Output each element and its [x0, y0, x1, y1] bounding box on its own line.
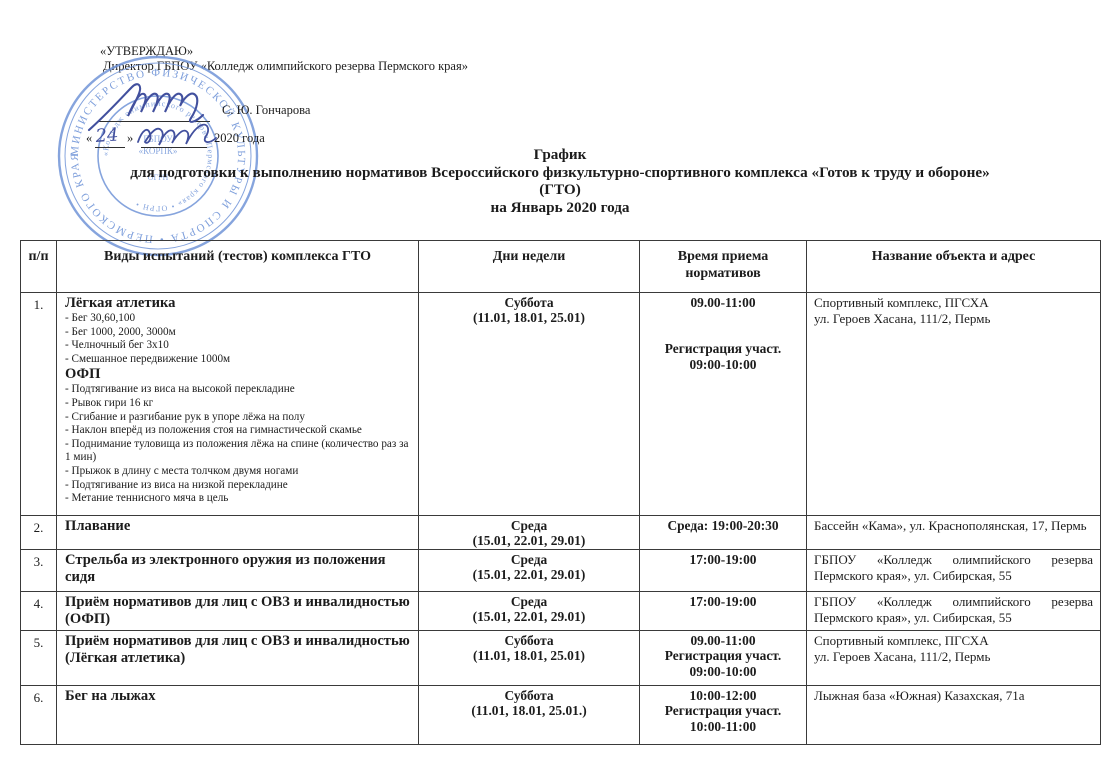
test-heading: ОФП: [65, 366, 412, 383]
title-line-3: (ГТО): [30, 181, 1090, 199]
day-dates: (11.01, 18.01, 25.01.): [419, 703, 639, 718]
days-cell: Среда (15.01, 22.01, 29.01): [419, 516, 640, 550]
test-heading: Стрельба из электронного оружия из полож…: [65, 552, 412, 586]
time-main: 10:00-12:00: [640, 688, 806, 703]
test-item: - Метание теннисного мяча в цель: [65, 492, 412, 506]
row-number: 6.: [21, 685, 57, 744]
venue-cell: Спортивный комплекс, ПГСХА ул. Героев Ха…: [807, 293, 1101, 516]
row-number: 4.: [21, 591, 57, 630]
table-row: 5. Приём нормативов для лиц с ОВЗ и инва…: [21, 630, 1101, 685]
day-dates: (15.01, 22.01, 29.01): [419, 567, 639, 582]
tests-cell: Стрельба из электронного оружия из полож…: [57, 549, 419, 591]
test-item: - Наклон вперёд из положения стоя на гим…: [65, 424, 412, 438]
days-cell: Среда (15.01, 22.01, 29.01): [419, 591, 640, 630]
registration-label: Регистрация участ.: [640, 648, 806, 663]
table-header-row: п/п Виды испытаний (тестов) комплекса ГТ…: [21, 241, 1101, 293]
venue-cell: Лыжная база «Южная) Казахская, 71а: [807, 685, 1101, 744]
time-main: 17:00-19:00: [640, 594, 806, 609]
venue-line: ул. Героев Хасана, 111/2, Пермь: [814, 311, 1093, 327]
day-dates: (15.01, 22.01, 29.01): [419, 533, 639, 548]
venue-cell: Бассейн «Кама», ул. Краснополянская, 17,…: [807, 516, 1101, 550]
test-heading: Плавание: [65, 518, 412, 535]
table-row: 6. Бег на лыжах Суббота (11.01, 18.01, 2…: [21, 685, 1101, 744]
days-cell: Суббота (11.01, 18.01, 25.01): [419, 630, 640, 685]
time-cell: 17:00-19:00: [640, 549, 807, 591]
time-cell: Среда: 19:00-20:30: [640, 516, 807, 550]
days-cell: Среда (15.01, 22.01, 29.01): [419, 549, 640, 591]
time-cell: 09.00-11:00 Регистрация участ. 09:00-10:…: [640, 630, 807, 685]
venue-line: ГБПОУ «Колледж олимпийского резерва Перм…: [814, 594, 1093, 626]
tests-cell: Приём нормативов для лиц с ОВЗ и инвалид…: [57, 591, 419, 630]
table-row: 1. Лёгкая атлетика - Бег 30,60,100 - Бег…: [21, 293, 1101, 516]
row-number: 1.: [21, 293, 57, 516]
day-dates: (11.01, 18.01, 25.01): [419, 310, 639, 325]
venue-line: Бассейн «Кама», ул. Краснополянская, 17,…: [814, 518, 1093, 534]
test-item: - Поднимание туловища из положения лёжа …: [65, 438, 412, 465]
test-heading: Лёгкая атлетика: [65, 295, 412, 312]
day-of-week: Суббота: [419, 295, 639, 310]
table-row: 4. Приём нормативов для лиц с ОВЗ и инва…: [21, 591, 1101, 630]
header-cell-venue: Название объекта и адрес: [807, 241, 1101, 293]
test-heading: Приём нормативов для лиц с ОВЗ и инвалид…: [65, 594, 412, 628]
table-row: 2. Плавание Среда (15.01, 22.01, 29.01) …: [21, 516, 1101, 550]
test-item: - Бег 1000, 2000, 3000м: [65, 326, 412, 340]
header-cell-tests: Виды испытаний (тестов) комплекса ГТО: [57, 241, 419, 293]
title-line-4: на Январь 2020 года: [30, 199, 1090, 217]
venue-cell: ГБПОУ «Колледж олимпийского резерва Перм…: [807, 549, 1101, 591]
venue-cell: Спортивный комплекс, ПГСХА ул. Героев Ха…: [807, 630, 1101, 685]
registration-time: 10:00-11:00: [640, 719, 806, 734]
registration-label: Регистрация участ.: [640, 341, 806, 356]
test-item: - Сгибание и разгибание рук в упоре лёжа…: [65, 411, 412, 425]
venue-line: ул. Героев Хасана, 111/2, Пермь: [814, 649, 1093, 665]
row-number: 2.: [21, 516, 57, 550]
registration-label: Регистрация участ.: [640, 703, 806, 718]
time-main: 17:00-19:00: [640, 552, 806, 567]
test-item: - Прыжок в длину с места толчком двумя н…: [65, 465, 412, 479]
time-cell: 17:00-19:00: [640, 591, 807, 630]
doc-title: График для подготовки к выполнению норма…: [30, 146, 1090, 216]
days-cell: Суббота (11.01, 18.01, 25.01): [419, 293, 640, 516]
scanned-schedule-document: МИНИСТЕРСТВО ФИЗИЧЕСКОЙ КУЛЬТУРЫ И СПОРТ…: [0, 0, 1109, 774]
day-of-week: Суббота: [419, 633, 639, 648]
test-heading: Приём нормативов для лиц с ОВЗ и инвалид…: [65, 633, 412, 667]
day-dates: (15.01, 22.01, 29.01): [419, 609, 639, 624]
venue-line: Спортивный комплекс, ПГСХА: [814, 633, 1093, 649]
day-of-week: Среда: [419, 594, 639, 609]
test-item: - Подтягивание из виса на высокой перекл…: [65, 383, 412, 397]
day-dates: (11.01, 18.01, 25.01): [419, 648, 639, 663]
tests-cell: Лёгкая атлетика - Бег 30,60,100 - Бег 10…: [57, 293, 419, 516]
test-item: - Челночный бег 3х10: [65, 339, 412, 353]
row-number: 3.: [21, 549, 57, 591]
time-main: 09.00-11:00: [640, 295, 806, 310]
days-cell: Суббота (11.01, 18.01, 25.01.): [419, 685, 640, 744]
tests-cell: Бег на лыжах: [57, 685, 419, 744]
header-cell-time: Время приема нормативов: [640, 241, 807, 293]
registration-time: 09:00-10:00: [640, 357, 806, 372]
venue-line: Спортивный комплекс, ПГСХА: [814, 295, 1093, 311]
venue-line: Лыжная база «Южная) Казахская, 71а: [814, 688, 1093, 704]
test-heading: Бег на лыжах: [65, 688, 412, 705]
day-of-week: Среда: [419, 552, 639, 567]
tests-cell: Приём нормативов для лиц с ОВЗ и инвалид…: [57, 630, 419, 685]
venue-line: ГБПОУ «Колледж олимпийского резерва Перм…: [814, 552, 1093, 584]
time-main: 09.00-11:00: [640, 633, 806, 648]
day-of-week: Суббота: [419, 688, 639, 703]
schedule-table: п/п Виды испытаний (тестов) комплекса ГТ…: [20, 240, 1101, 745]
header-cell-num: п/п: [21, 241, 57, 293]
test-item: - Бег 30,60,100: [65, 312, 412, 326]
time-main: Среда: 19:00-20:30: [640, 518, 806, 533]
day-of-week: Среда: [419, 518, 639, 533]
test-item: - Подтягивание из виса на низкой перекла…: [65, 479, 412, 493]
title-line-2: для подготовки к выполнению нормативов В…: [30, 164, 1090, 182]
time-cell: 09.00-11:00 Регистрация участ. 09:00-10:…: [640, 293, 807, 516]
venue-cell: ГБПОУ «Колледж олимпийского резерва Перм…: [807, 591, 1101, 630]
handwritten-date-icon: 24: [86, 112, 236, 156]
handwritten-day: 24: [94, 124, 119, 147]
test-item: - Рывок гири 16 кг: [65, 397, 412, 411]
tests-cell: Плавание: [57, 516, 419, 550]
header-cell-days: Дни недели: [419, 241, 640, 293]
time-cell: 10:00-12:00 Регистрация участ. 10:00-11:…: [640, 685, 807, 744]
registration-time: 09:00-10:00: [640, 664, 806, 679]
test-item: - Смешанное передвижение 1000м: [65, 353, 412, 367]
table-row: 3. Стрельба из электронного оружия из по…: [21, 549, 1101, 591]
row-number: 5.: [21, 630, 57, 685]
